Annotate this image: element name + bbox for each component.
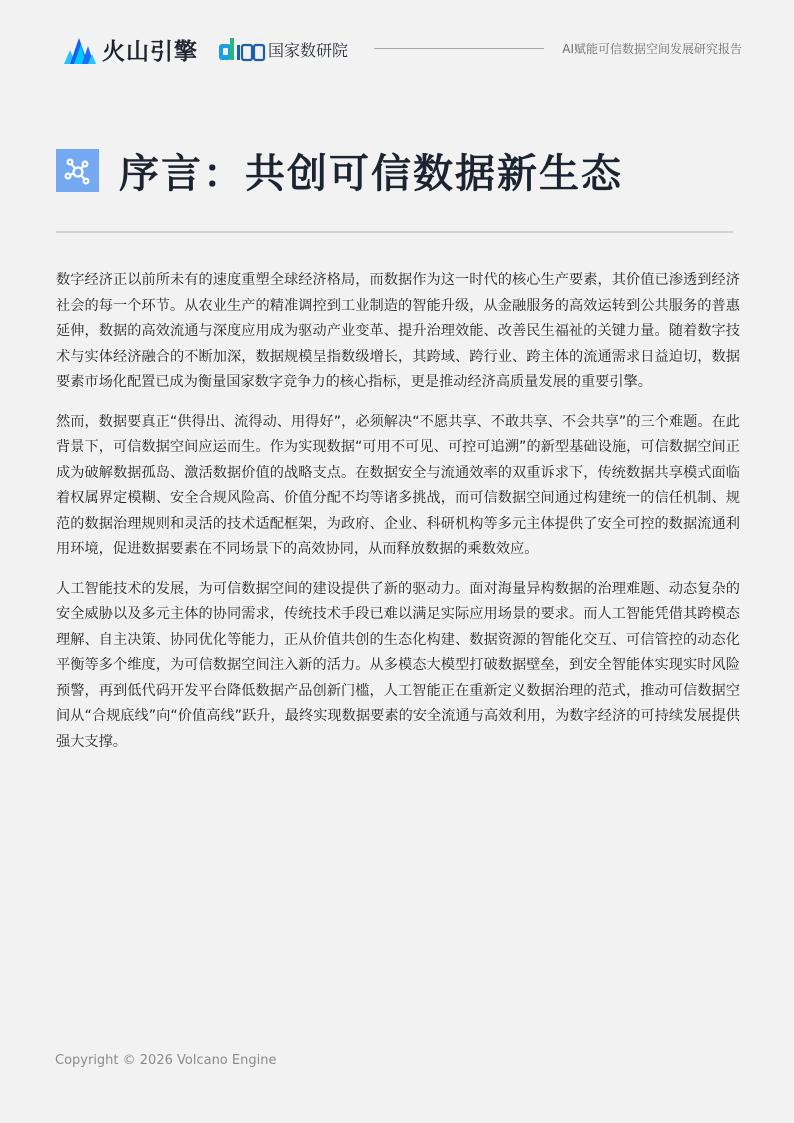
- volcano-mountain-icon: [62, 34, 96, 64]
- ndi-100-icon: [218, 36, 266, 62]
- page-title: 序言：共创可信数据新生态: [119, 142, 623, 199]
- section-heading: 序言：共创可信数据新生态: [56, 142, 623, 199]
- body-content: 数字经济正以前所未有的速度重塑全球经济格局，而数据作为这一时代的核心生产要素，其…: [56, 268, 740, 769]
- ndi-logo: 国家数研院: [218, 32, 348, 66]
- paragraph-2: 然而，数据要真正“供得出、流得动、用得好”，必须解决“不愿共享、不敢共享、不会共…: [56, 410, 740, 563]
- title-divider: [56, 231, 733, 233]
- header-divider: [374, 48, 544, 49]
- report-title: AI赋能可信数据空间发展研究报告: [562, 40, 742, 57]
- paragraph-1: 数字经济正以前所未有的速度重塑全球经济格局，而数据作为这一时代的核心生产要素，其…: [56, 268, 740, 396]
- logo-primary-text: 火山引擎: [102, 33, 198, 66]
- page-header: 火山引擎 国家数研院 AI赋能可信数据空间发展研究报告: [62, 32, 742, 66]
- network-nodes-icon: [56, 149, 99, 192]
- copyright-footer: Copyright © 2026 Volcano Engine: [55, 1053, 276, 1068]
- volcano-engine-logo: 火山引擎: [62, 32, 198, 66]
- logo-secondary-text: 国家数研院: [268, 38, 348, 61]
- paragraph-3: 人工智能技术的发展，为可信数据空间的建设提供了新的驱动力。面对海量异构数据的治理…: [56, 577, 740, 756]
